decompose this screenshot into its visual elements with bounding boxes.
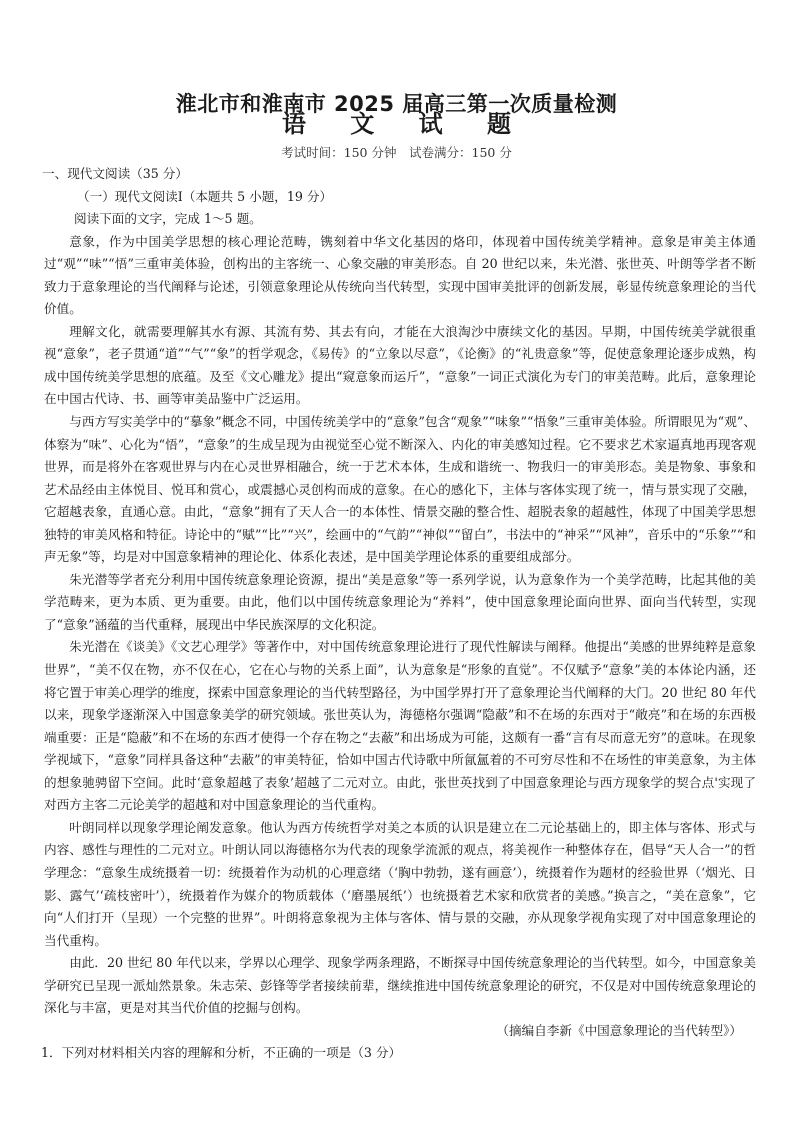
exam-info: 考试时间：150 分钟 试卷满分：150 分 [0, 143, 793, 161]
passage-paragraph-7: 由此．20 世纪 80 年代以来，学界以心理学、现象学两条理路，不断探寻中国传统… [44, 952, 756, 1020]
reading-instruction: 阅读下面的文字，完成 1～5 题。 [44, 208, 756, 231]
passage-paragraph-6: 叶朗同样以现象学理论阐发意象。他认为西方传统哲学对美之本质的认识是建立在二元论基… [44, 817, 756, 952]
question-1: 1．下列对材料相关内容的理解和分析，不正确的一项是（3 分） [41, 1042, 756, 1065]
exam-page: 淮北市和淮南市 2025 届高三第一次质量检测 语 文 试 题 考试时间：150… [0, 0, 793, 1122]
exam-body: 一、现代文阅读（35 分） （一）现代文阅读Ⅰ（本题共 5 小题，19 分） 阅… [44, 163, 756, 1065]
subsection-heading: （一）现代文阅读Ⅰ（本题共 5 小题，19 分） [44, 186, 756, 209]
passage-paragraph-5: 朱光潜在《谈美》《文艺心理学》等著作中，对中国传统意象理论进行了现代性解读与阐释… [44, 636, 756, 816]
passage: 意象，作为中国美学思想的核心理论范畴，镌刻着中华文化基因的烙印，体现着中国传统美… [44, 231, 756, 1020]
exam-subject-title: 语 文 试 题 [0, 104, 793, 139]
section-heading: 一、现代文阅读（35 分） [42, 163, 756, 186]
passage-paragraph-2: 理解文化，就需要理解其水有源、其流有势、其去有向，才能在大浪淘沙中赓续文化的基因… [44, 321, 756, 411]
passage-paragraph-3: 与西方写实美学中的“摹象”概念不同，中国传统美学中的“意象”包含“观象”“味象”… [44, 411, 756, 569]
passage-paragraph-4: 朱光潜等学者充分利用中国传统意象理论资源，提出“美是意象”等一系列学说，认为意象… [44, 569, 756, 637]
passage-paragraph-1: 意象，作为中国美学思想的核心理论范畴，镌刻着中华文化基因的烙印，体现着中国传统美… [44, 231, 756, 321]
passage-source: （摘编自李新《中国意象理论的当代转型》） [44, 1020, 756, 1043]
